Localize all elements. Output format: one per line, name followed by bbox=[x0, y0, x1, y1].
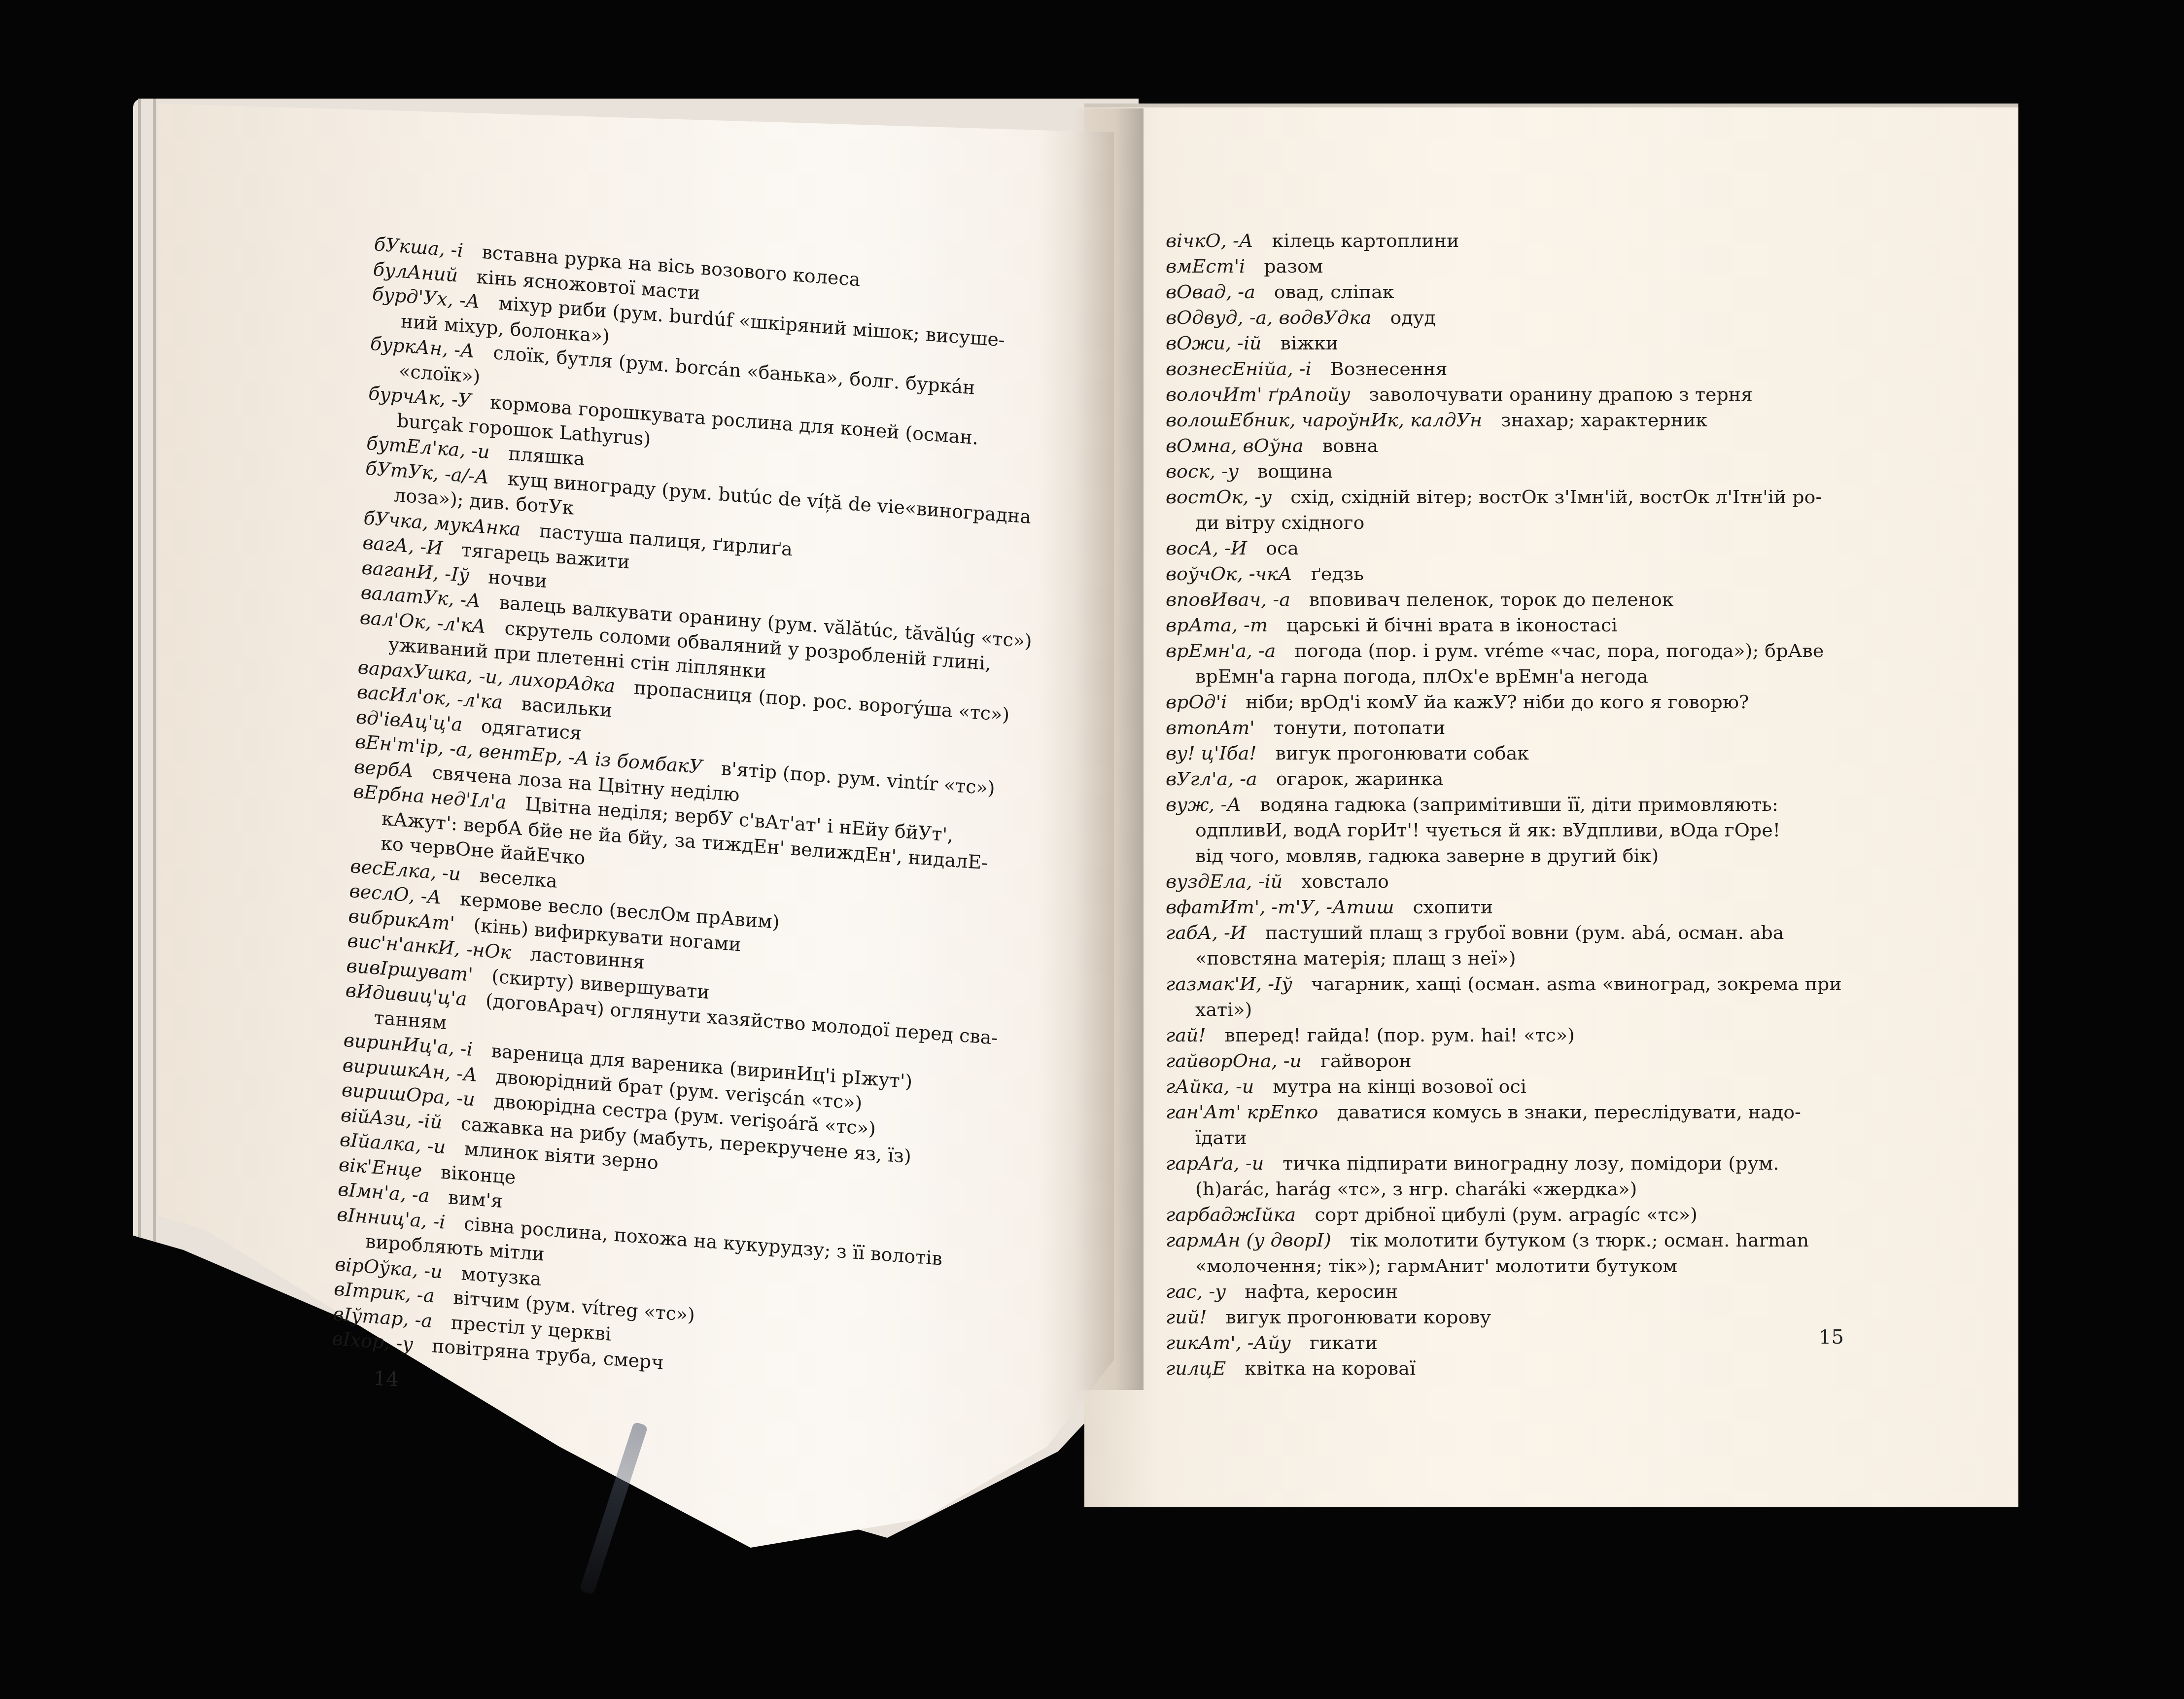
definition: «слоїк») bbox=[398, 360, 481, 387]
headword: гАйка, -и bbox=[1166, 1075, 1254, 1097]
definition: танням bbox=[374, 1006, 447, 1034]
headword: вознесЕнійа, -і bbox=[1166, 358, 1312, 380]
dictionary-entry: гас, -у нафта, керосин bbox=[1166, 1279, 1861, 1304]
dictionary-entry: волошЕбник, чароўнИк, калдУн знахар; хар… bbox=[1166, 407, 1861, 433]
headword: втопАт' bbox=[1166, 717, 1255, 738]
definition: одпливИ, водА горИт'! чується й як: вУдп… bbox=[1195, 819, 1780, 841]
dictionary-entry: вповИвач, -а вповивач пеленок, торок до … bbox=[1166, 587, 1861, 612]
headword: волошЕбник, чароўнИк, калдУн bbox=[1166, 409, 1482, 431]
headword: гас, -у bbox=[1166, 1281, 1226, 1302]
dictionary-entry: гАйка, -и мутра на кінці возової осі bbox=[1166, 1074, 1861, 1099]
definition: ди вітру східного bbox=[1195, 512, 1364, 533]
definition: хаті») bbox=[1195, 999, 1252, 1020]
right-page-text: вічкО, -А кілець картоплинивмЕст'і разом… bbox=[1166, 228, 1861, 1381]
headword: вповИвач, -а bbox=[1166, 589, 1290, 610]
definition: ніби; врОд'і комУ йа кажУ? ніби до кого … bbox=[1246, 691, 1749, 713]
headword: вІмн'а, -а bbox=[338, 1179, 430, 1207]
headword: вуздЕла, -ій bbox=[1166, 870, 1283, 892]
dictionary-entry: габА, -И пастуший плащ з грубої вовни (р… bbox=[1166, 920, 1861, 945]
definition: чагарник, хащі (осман. asma «виноград, з… bbox=[1311, 973, 1842, 995]
entry-continuation: хаті») bbox=[1166, 997, 1861, 1022]
dictionary-entry: вОмна, вОўна вовна bbox=[1166, 433, 1861, 458]
dictionary-entry: гай! вперед! гайда! (пор. рум. hai! «тс»… bbox=[1166, 1022, 1861, 1048]
definition: врЕмн'а гарна погода, плОх'е врЕмн'а нег… bbox=[1195, 665, 1648, 687]
dictionary-entry: газмак'И, -Іў чагарник, хащі (осман. asm… bbox=[1166, 971, 1861, 997]
headword: вІхор, -у bbox=[332, 1327, 414, 1355]
dictionary-entry: вуж, -А водяна гадюка (запримітивши її, … bbox=[1166, 792, 1861, 817]
definition: «молочення; тік»); гармАнит' молотити бу… bbox=[1195, 1255, 1677, 1277]
definition: схопити bbox=[1413, 896, 1493, 918]
headword: волочИт' ґрАпойу bbox=[1166, 383, 1350, 405]
left-page-text: бУкша, -і вставна рурка на вісь возового… bbox=[332, 232, 1073, 1402]
definition: заволочувати оранину драпою з терня bbox=[1369, 383, 1753, 405]
definition: вощина bbox=[1257, 460, 1333, 482]
headword: врОд'і bbox=[1166, 691, 1227, 713]
headword: вагА, -И bbox=[362, 532, 443, 559]
entry-continuation: їдати bbox=[1166, 1125, 1861, 1150]
headword: воск, -у bbox=[1166, 460, 1239, 482]
definition: квітка на короваї bbox=[1245, 1357, 1416, 1379]
headword: вербА bbox=[353, 756, 414, 782]
definition: ховстало bbox=[1301, 870, 1389, 892]
headword: гий! bbox=[1166, 1306, 1207, 1328]
headword: вУгл'а, -а bbox=[1166, 768, 1257, 790]
definition: водяна гадюка (запримітивши її, діти при… bbox=[1260, 794, 1778, 815]
dictionary-entry: вічкО, -А кілець картоплини bbox=[1166, 228, 1861, 253]
definition: віконце bbox=[440, 1161, 516, 1188]
definition: оса bbox=[1266, 537, 1299, 559]
dictionary-entry: ву! ц'Іба! вигук прогонювати собак bbox=[1166, 740, 1861, 766]
definition: мутра на кінці возової осі bbox=[1273, 1075, 1526, 1097]
definition: їдати bbox=[1195, 1127, 1247, 1148]
definition: Вознесення bbox=[1330, 358, 1448, 380]
dictionary-entry: волочИт' ґрАпойу заволочувати оранину др… bbox=[1166, 381, 1861, 407]
definition: нафта, керосин bbox=[1245, 1281, 1398, 1302]
dictionary-entry: врЕмн'а, -а погода (пор. і рум. vréme «ч… bbox=[1166, 638, 1861, 663]
page-edge bbox=[153, 99, 156, 1538]
headword: вфатИт', -т'У, -Атиш bbox=[1166, 896, 1394, 918]
headword: гикАт', -Айу bbox=[1166, 1332, 1291, 1353]
definition: сорт дрібної цибулі (рум. arpagíc «тс») bbox=[1315, 1204, 1698, 1225]
dictionary-entry: гарАґа, -и тичка підпирати виноградну ло… bbox=[1166, 1150, 1861, 1176]
definition: кілець картоплини bbox=[1272, 230, 1459, 251]
page-number-left: 14 bbox=[373, 1367, 399, 1391]
headword: вОвад, -а bbox=[1166, 281, 1255, 303]
definition: овад, сліпак bbox=[1274, 281, 1394, 303]
headword: вік'Енце bbox=[338, 1153, 422, 1181]
definition: тік молотити бутуком (з тюрк.; осман. ha… bbox=[1350, 1229, 1809, 1251]
definition: ночви bbox=[487, 566, 548, 592]
headword: габА, -И bbox=[1166, 922, 1247, 943]
definition: тонути, потопати bbox=[1274, 717, 1446, 738]
dictionary-entry: восА, -И оса bbox=[1166, 535, 1861, 561]
definition: (h)arác, harág «тс», з нгр. charáki «жер… bbox=[1195, 1178, 1637, 1200]
headword: гай! bbox=[1166, 1024, 1206, 1046]
headword: вОжи, -ій bbox=[1166, 332, 1262, 354]
headword: гилцЕ bbox=[1166, 1357, 1226, 1379]
headword: воўчОк, -чкА bbox=[1166, 563, 1292, 585]
headword: вОдвуд, -а, водвУдка bbox=[1166, 307, 1372, 328]
dictionary-entry: врАта, -т царські й бічні врата в іконос… bbox=[1166, 612, 1861, 638]
definition: віжки bbox=[1281, 332, 1339, 354]
definition: мотузка bbox=[461, 1262, 542, 1290]
headword: гарАґа, -и bbox=[1166, 1152, 1264, 1174]
definition: вперед! гайда! (пор. рум. hai! «тс») bbox=[1225, 1024, 1575, 1046]
headword: вічкО, -А bbox=[1166, 230, 1253, 251]
headword: вмЕст'і bbox=[1166, 255, 1245, 277]
entry-continuation: врЕмн'а гарна погода, плОх'е врЕмн'а нег… bbox=[1166, 663, 1861, 689]
definition: знахар; характерник bbox=[1501, 409, 1707, 431]
headword: вОмна, вОўна bbox=[1166, 435, 1304, 456]
headword: гармАн (у дворІ) bbox=[1166, 1229, 1331, 1251]
headword: восА, -И bbox=[1166, 537, 1247, 559]
dictionary-entry: вУгл'а, -а огарок, жаринка bbox=[1166, 766, 1861, 792]
headword: ву! ц'Іба! bbox=[1166, 742, 1257, 764]
entry-continuation: «повстяна матерія; плащ з неї») bbox=[1166, 945, 1861, 971]
definition: пляшка bbox=[508, 443, 586, 470]
dictionary-entry: востОк, -у схід, східній вітер; востОк з… bbox=[1166, 484, 1861, 510]
headword: бУкша, -і bbox=[374, 233, 463, 261]
headword: врЕмн'а, -а bbox=[1166, 640, 1276, 661]
headword: востОк, -у bbox=[1166, 486, 1272, 508]
definition: разом bbox=[1264, 255, 1323, 277]
dictionary-entry: гарбаджІйка сорт дрібної цибулі (рум. ar… bbox=[1166, 1202, 1861, 1227]
entry-continuation: (h)arác, harág «тс», з нгр. charáki «жер… bbox=[1166, 1176, 1861, 1202]
definition: вовна bbox=[1322, 435, 1379, 456]
definition: вповивач пеленок, торок до пеленок bbox=[1309, 589, 1674, 610]
dictionary-entry: вОдвуд, -а, водвУдка одуд bbox=[1166, 305, 1861, 330]
headword: булАний bbox=[373, 258, 458, 286]
headword: вуж, -А bbox=[1166, 794, 1241, 815]
dictionary-entry: вмЕст'і разом bbox=[1166, 253, 1861, 279]
dictionary-entry: вознесЕнійа, -і Вознесення bbox=[1166, 356, 1861, 381]
dictionary-entry: ган'Ат' крЕпко даватися комусь в знаки, … bbox=[1166, 1099, 1861, 1125]
definition: від чого, мовляв, гадюка заверне в други… bbox=[1195, 845, 1659, 867]
definition: погода (пор. і рум. vréme «час, пора, по… bbox=[1294, 640, 1824, 661]
headword: ган'Ат' крЕпко bbox=[1166, 1101, 1318, 1123]
entry-continuation: від чого, мовляв, гадюка заверне в други… bbox=[1166, 843, 1861, 868]
dictionary-entry: вОжи, -ій віжки bbox=[1166, 330, 1861, 356]
definition: гикати bbox=[1310, 1332, 1378, 1353]
definition: васильки bbox=[521, 693, 613, 721]
page-edge bbox=[138, 99, 141, 1538]
page-number-right: 15 bbox=[1819, 1326, 1844, 1349]
definition: тичка підпирати виноградну лозу, помідор… bbox=[1283, 1152, 1779, 1174]
headword: газмак'И, -Іў bbox=[1166, 973, 1292, 995]
entry-continuation: ди вітру східного bbox=[1166, 510, 1861, 535]
entry-continuation: «молочення; тік»); гармАнит' молотити бу… bbox=[1166, 1253, 1861, 1279]
gutter-shadow bbox=[1075, 108, 1144, 1390]
dictionary-entry: гайворОна, -и гайворон bbox=[1166, 1048, 1861, 1074]
definition: схід, східній вітер; востОк з'Імн'ій, во… bbox=[1290, 486, 1822, 508]
definition: вигук прогонювати корову bbox=[1225, 1306, 1491, 1328]
dictionary-entry: воск, -у вощина bbox=[1166, 458, 1861, 484]
dictionary-entry: вОвад, -а овад, сліпак bbox=[1166, 279, 1861, 305]
dictionary-entry: гармАн (у дворІ) тік молотити бутуком (з… bbox=[1166, 1227, 1861, 1253]
definition: даватися комусь в знаки, переслідувати, … bbox=[1337, 1101, 1801, 1123]
definition: одуд bbox=[1390, 307, 1436, 328]
definition: «повстяна матерія; плащ з неї») bbox=[1195, 947, 1516, 969]
headword: врАта, -т bbox=[1166, 614, 1268, 636]
entry-continuation: одпливИ, водА горИт'! чується й як: вУдп… bbox=[1166, 817, 1861, 843]
dictionary-entry: воўчОк, -чкА ґедзь bbox=[1166, 561, 1861, 587]
definition: огарок, жаринка bbox=[1276, 768, 1444, 790]
dictionary-entry: гилцЕ квітка на короваї bbox=[1166, 1355, 1861, 1381]
definition: ґедзь bbox=[1311, 563, 1364, 585]
dictionary-entry: гикАт', -Айу гикати bbox=[1166, 1330, 1861, 1355]
headword: гайворОна, -и bbox=[1166, 1050, 1302, 1072]
dictionary-entry: вуздЕла, -ій ховстало bbox=[1166, 868, 1861, 894]
dictionary-entry: врОд'і ніби; врОд'і комУ йа кажУ? ніби д… bbox=[1166, 689, 1861, 715]
definition: царські й бічні врата в іконостасі bbox=[1286, 614, 1617, 636]
definition: вим'я bbox=[448, 1186, 503, 1212]
definition: пастуший плащ з грубої вовни (рум. abá, … bbox=[1265, 922, 1784, 943]
dictionary-entry: втопАт' тонути, потопати bbox=[1166, 715, 1861, 740]
definition: гайворон bbox=[1320, 1050, 1412, 1072]
headword: гарбаджІйка bbox=[1166, 1204, 1296, 1225]
definition: вигук прогонювати собак bbox=[1276, 742, 1529, 764]
dictionary-entry: гий! вигук прогонювати корову bbox=[1166, 1304, 1861, 1330]
headword: веслО, -А bbox=[349, 880, 442, 908]
definition: веселка bbox=[479, 865, 558, 892]
dictionary-entry: вфатИт', -т'У, -Атиш схопити bbox=[1166, 894, 1861, 920]
